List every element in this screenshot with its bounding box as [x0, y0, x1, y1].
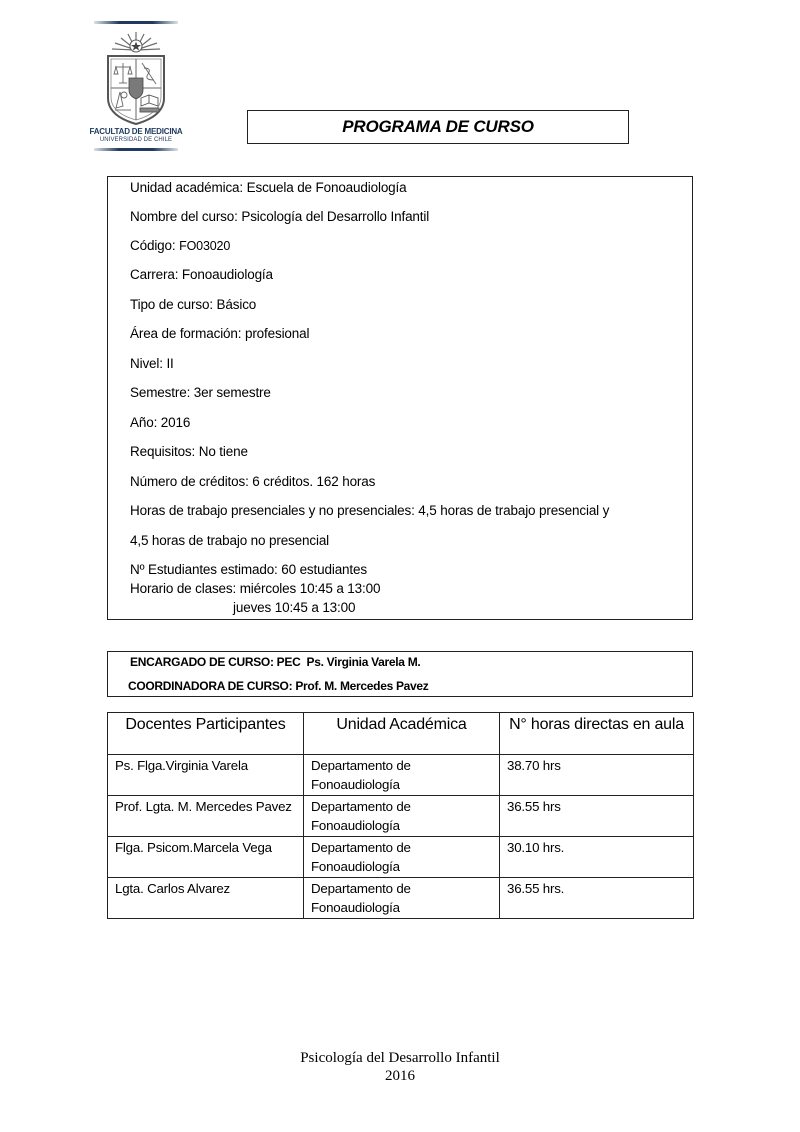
horario-line-2: jueves 10:45 a 13:00 [233, 600, 355, 615]
responsables-box: ENCARGADO DE CURSO: PEC Ps. Virginia Var… [107, 651, 693, 697]
docente-name: Lgta. Carlos Alvarez [108, 878, 304, 919]
header-horas: N° horas directas en aula [500, 713, 694, 755]
docente-horas: 36.55 hrs [500, 796, 694, 837]
encargado-name: Ps. Virginia Varela M. [307, 655, 421, 669]
docente-unidad: Departamento de Fonoaudiología [304, 755, 500, 796]
header-docentes: Docentes Participantes [108, 713, 304, 755]
tipo-curso: Tipo de curso: Básico [130, 297, 256, 312]
table-row: Flga. Psicom.Marcela Vega Departamento d… [108, 837, 694, 878]
horas-line-2: 4,5 horas de trabajo no presencial [130, 533, 329, 548]
docente-name: Prof. Lgta. M. Mercedes Pavez [108, 796, 304, 837]
logo-top-rule [94, 21, 178, 24]
estudiantes: Nº Estudiantes estimado: 60 estudiantes [130, 562, 367, 577]
footer-year: 2016 [0, 1068, 800, 1085]
coordinadora-curso: COORDINADORA DE CURSO: Prof. M. Mercedes… [128, 679, 429, 693]
codigo-label: Código: [130, 238, 175, 253]
docente-unidad: Departamento de Fonoaudiología [304, 796, 500, 837]
university-crest-icon [102, 28, 170, 128]
header-unidad: Unidad Académica [304, 713, 500, 755]
coordinadora-label: COORDINADORA DE CURSO: [128, 679, 292, 693]
docentes-table: Docentes Participantes Unidad Académica … [107, 712, 694, 919]
faculty-name: FACULTAD DE MEDICINA [88, 127, 184, 136]
docente-horas: 36.55 hrs. [500, 878, 694, 919]
document-title: PROGRAMA DE CURSO [342, 117, 533, 137]
docente-horas: 30.10 hrs. [500, 837, 694, 878]
table-row: Prof. Lgta. M. Mercedes Pavez Departamen… [108, 796, 694, 837]
area-formacion: Área de formación: profesional [130, 326, 309, 341]
encargado-label: ENCARGADO DE CURSO: PEC [130, 655, 300, 669]
docente-unidad: Departamento de Fonoaudiología [304, 837, 500, 878]
requisitos: Requisitos: No tiene [130, 444, 248, 459]
docente-unidad: Departamento de Fonoaudiología [304, 878, 500, 919]
table-row: Lgta. Carlos Alvarez Departamento de Fon… [108, 878, 694, 919]
horario-line-1: Horario de clases: miércoles 10:45 a 13:… [130, 581, 380, 596]
table-header-row: Docentes Participantes Unidad Académica … [108, 713, 694, 755]
anio: Año: 2016 [130, 415, 190, 430]
codigo-value: FO03020 [179, 239, 230, 253]
encargado-curso: ENCARGADO DE CURSO: PEC Ps. Virginia Var… [130, 655, 420, 669]
semestre: Semestre: 3er semestre [130, 385, 271, 400]
faculty-logo: FACULTAD DE MEDICINA UNIVERSIDAD DE CHIL… [88, 18, 184, 158]
unidad-academica: Unidad académica: Escuela de Fonoaudiolo… [130, 180, 407, 195]
docente-name: Flga. Psicom.Marcela Vega [108, 837, 304, 878]
coordinadora-name: Prof. M. Mercedes Pavez [295, 679, 428, 693]
footer-course-name: Psicología del Desarrollo Infantil [0, 1050, 800, 1067]
horas-line-1: Horas de trabajo presenciales y no prese… [130, 503, 609, 518]
logo-bottom-rule [94, 148, 178, 151]
carrera: Carrera: Fonoaudiología [130, 267, 273, 282]
course-info-box: Unidad académica: Escuela de Fonoaudiolo… [107, 176, 693, 620]
docente-horas: 38.70 hrs [500, 755, 694, 796]
nombre-curso: Nombre del curso: Psicología del Desarro… [130, 209, 429, 224]
table-row: Ps. Flga.Virginia Varela Departamento de… [108, 755, 694, 796]
codigo: Código: FO03020 [130, 238, 230, 253]
creditos: Número de créditos: 6 créditos. 162 hora… [130, 474, 375, 489]
university-name: UNIVERSIDAD DE CHILE [88, 137, 184, 143]
nivel: Nivel: II [130, 356, 174, 371]
docente-name: Ps. Flga.Virginia Varela [108, 755, 304, 796]
document-title-box: PROGRAMA DE CURSO [247, 110, 629, 144]
